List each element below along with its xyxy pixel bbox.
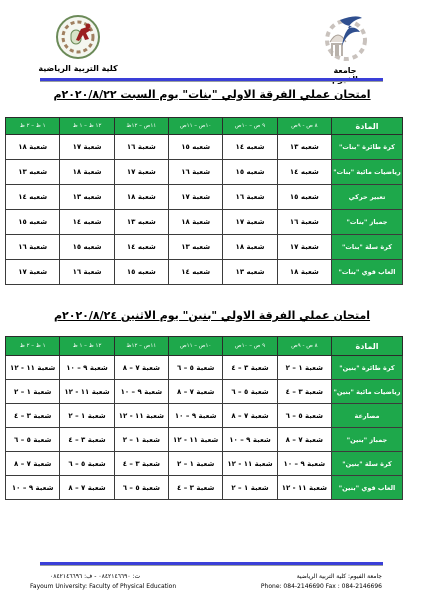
table-cell: شعبه ١٣ (277, 135, 331, 160)
table-cell: شعبة ٥ – ٦ (6, 428, 60, 452)
table-cell: شعبة ٣ – ٤ (277, 380, 331, 404)
table-cell: شعبة ١٨ (114, 185, 168, 210)
table-cell: شعبة ١٨ (60, 160, 114, 185)
column-header: ١٢ ظ – ١ ظ (60, 337, 114, 356)
table-cell: شعبة ٧ – ٨ (60, 476, 114, 500)
faculty-logo (55, 14, 101, 60)
subject-cell: كرة طائرة "بنين" (332, 356, 403, 380)
table-cell: شعبه ١٤ (60, 210, 114, 235)
column-header: ١١ص – ١٢ظ (114, 337, 168, 356)
subject-cell: العاب قوي "بنين" (332, 476, 403, 500)
table-row: كرة طائرة "بنين" شعبة ١ – ٢ شعبة ٣ – ٤ ش… (6, 356, 403, 380)
table-cell: شعبة ١ – ٢ (277, 356, 331, 380)
footer-phone-arabic: ت: ٠٨٤٢١٤٦٦٩٠ - ف: ٠٨٤٢١٤٦٦٩٦ (50, 573, 140, 580)
table-row: مصارعة شعبة ٥ – ٦ شعبة ٧ – ٨ شعبة ٩ – ١٠… (6, 404, 403, 428)
table-cell: شعبة ١٧ (114, 160, 168, 185)
table-cell: شعبة ٥ – ٦ (277, 404, 331, 428)
column-header: ١ ظ – ٢ ظ (6, 118, 60, 135)
table-cell: شعبة ٥ – ٦ (114, 476, 168, 500)
table-row: كرة سلة "بنات" شعبة ١٧ شعبة ١٨ شعبه ١٣ ش… (6, 235, 403, 260)
table-cell: شعبة ٥ – ٦ (169, 356, 223, 380)
university-caption: جامعة الفيوم (320, 66, 370, 84)
column-header: ١٠ص – ١١ص (169, 337, 223, 356)
table-cell: شعبة ١٦ (114, 135, 168, 160)
table-cell: شعبة ١ – ٢ (169, 452, 223, 476)
table-row: كرة طائرة "بنات" شعبه ١٣ شعبه ١٤ شعبه ١٥… (6, 135, 403, 160)
table-row: كرة سلة "بنين" شعبة ٩ – ١٠ شعبة ١١ - ١٢ … (6, 452, 403, 476)
subject-cell: رياضيات مائية "بنين" (332, 380, 403, 404)
faculty-of-physical-education-logo-icon (55, 14, 101, 60)
table-cell: شعبه ١٥ (223, 160, 277, 185)
footer-university-english: Fayoum University: Faculty of Physical E… (30, 583, 176, 590)
table-cell: شعبه ١٤ (114, 235, 168, 260)
schedule-table-boys: المادة ٨ ص - ٩ص ٩ ص – ١٠ص ١٠ص – ١١ص ١١ص … (5, 336, 403, 500)
table-cell: شعبة ١١ - ١٢ (169, 428, 223, 452)
table-cell: شعبة ١٨ (169, 210, 223, 235)
table-cell: شعبة ٧ – ٨ (223, 404, 277, 428)
table-cell: شعبة ١٧ (60, 135, 114, 160)
table-cell: شعبه ١٥ (6, 210, 60, 235)
table-cell: شعبه ١٤ (6, 185, 60, 210)
footer-phone-fax: Phone: 084-2146690 Fax : 084-2146696 (261, 583, 382, 590)
column-header: المادة (332, 118, 403, 135)
table-cell: شعبة ٥ – ٦ (223, 380, 277, 404)
university-logo (318, 12, 370, 62)
column-header: ٩ ص – ١٠ص (223, 337, 277, 356)
table-row: رياضيات مائية "بنين" شعبة ٣ – ٤ شعبة ٥ –… (6, 380, 403, 404)
table-cell: شعبه ١٣ (223, 260, 277, 285)
table-cell: شعبة ١٧ (6, 260, 60, 285)
column-header: ١٢ ظ – ١ ظ (60, 118, 114, 135)
table-cell: شعبة ٩ – ١٠ (277, 452, 331, 476)
table-cell: شعبة ١١ - ١٢ (277, 476, 331, 500)
column-header: ١ ظ – ٢ ظ (6, 337, 60, 356)
table-cell: شعبة ٧ – ٨ (6, 452, 60, 476)
table-cell: شعبة ٧ – ٨ (114, 356, 168, 380)
table-cell: شعبة ٣ – ٤ (60, 428, 114, 452)
table-cell: شعبه ١٣ (60, 185, 114, 210)
table-cell: شعبة ١١ - ١٢ (6, 356, 60, 380)
table-row: العاب قوي "بنين" شعبة ١١ - ١٢ شعبة ١ – ٢… (6, 476, 403, 500)
table-cell: شعبة ١٦ (6, 235, 60, 260)
table-row: رياضيات مائية "بنات" شعبه ١٤ شعبه ١٥ شعب… (6, 160, 403, 185)
table-cell: شعبه ١٣ (6, 160, 60, 185)
table-cell: شعبة ١١ - ١٢ (223, 452, 277, 476)
table-cell: شعبة ١٧ (169, 185, 223, 210)
table-cell: شعبة ١ – ٢ (60, 404, 114, 428)
table-cell: شعبة ١١ - ١٢ (114, 404, 168, 428)
table-title-girls: امتحان عملي الفرقة الاولي "بنات" يوم الس… (0, 88, 424, 101)
column-header: ٨ ص - ٩ص (277, 337, 331, 356)
subject-cell: العاب قوي "بنات" (332, 260, 403, 285)
column-header: ٩ ص – ١٠ص (223, 118, 277, 135)
subject-cell: رياضيات مائية "بنات" (332, 160, 403, 185)
schedule-table-girls: المادة ٨ ص - ٩ص ٩ ص – ١٠ص ١٠ص – ١١ص ١١ص … (5, 117, 403, 285)
footer-address-arabic: جامعة الفيوم: كلية التربية الرياضية (297, 573, 382, 580)
table-cell: شعبة ٣ – ٤ (223, 356, 277, 380)
table-row: جمباز "بنين" شعبة ٧ – ٨ شعبة ٩ – ١٠ شعبة… (6, 428, 403, 452)
table-cell: شعبه ١٤ (223, 135, 277, 160)
table-cell: شعبه ١٣ (114, 210, 168, 235)
subject-cell: جمباز "بنين" (332, 428, 403, 452)
table-cell: شعبة ١ – ٢ (6, 380, 60, 404)
table-cell: شعبة ١٦ (277, 210, 331, 235)
table-cell: شعبة ٣ – ٤ (169, 476, 223, 500)
column-header: ٨ ص - ٩ص (277, 118, 331, 135)
table-cell: شعبة ١ – ٢ (114, 428, 168, 452)
column-header: المادة (332, 337, 403, 356)
table-cell: شعبه ١٥ (169, 135, 223, 160)
column-header: ١١ص – ١٢ظ (114, 118, 168, 135)
subject-cell: كرة سلة "بنين" (332, 452, 403, 476)
table-cell: شعبة ٩ – ١٠ (223, 428, 277, 452)
faculty-caption: كلية التربية الرياضية (38, 64, 118, 73)
table-cell: شعبه ١٥ (60, 235, 114, 260)
table-cell: شعبة ٩ – ١٠ (60, 356, 114, 380)
table-cell: شعبه ١٣ (169, 235, 223, 260)
table-header-row: المادة ٨ ص - ٩ص ٩ ص – ١٠ص ١٠ص – ١١ص ١١ص … (6, 118, 403, 135)
table-cell: شعبة ٣ – ٤ (114, 452, 168, 476)
table-cell: شعبة ١١ - ١٢ (60, 380, 114, 404)
table-cell: شعبة ٩ – ١٠ (6, 476, 60, 500)
table-cell: شعبة ١٦ (60, 260, 114, 285)
table-cell: شعبة ١٨ (277, 260, 331, 285)
table-row: تعبير حركي شعبه ١٥ شعبة ١٦ شعبة ١٧ شعبة … (6, 185, 403, 210)
footer-divider (40, 562, 383, 565)
subject-cell: مصارعة (332, 404, 403, 428)
subject-cell: تعبير حركي (332, 185, 403, 210)
table-cell: شعبة ١٦ (223, 185, 277, 210)
table-cell: شعبة ١٧ (277, 235, 331, 260)
table-cell: شعبة ٩ – ١٠ (114, 380, 168, 404)
table-row: العاب قوي "بنات" شعبة ١٨ شعبه ١٣ شعبه ١٤… (6, 260, 403, 285)
table-header-row: المادة ٨ ص - ٩ص ٩ ص – ١٠ص ١٠ص – ١١ص ١١ص … (6, 337, 403, 356)
fayoum-university-logo-icon (318, 12, 370, 62)
table-cell: شعبة ١ – ٢ (223, 476, 277, 500)
table-cell: شعبه ١٤ (277, 160, 331, 185)
header-divider (40, 78, 383, 81)
column-header: ١٠ص – ١١ص (169, 118, 223, 135)
table-cell: شعبة ٧ – ٨ (277, 428, 331, 452)
table-cell: شعبة ٩ – ١٠ (169, 404, 223, 428)
subject-cell: جمباز "بنات" (332, 210, 403, 235)
table-cell: شعبة ٣ – ٤ (6, 404, 60, 428)
table-cell: شعبه ١٤ (169, 260, 223, 285)
table-cell: شعبة ١٦ (169, 160, 223, 185)
table-cell: شعبه ١٥ (277, 185, 331, 210)
subject-cell: كرة سلة "بنات" (332, 235, 403, 260)
table-cell: شعبة ١٨ (223, 235, 277, 260)
subject-cell: كرة طائرة "بنات" (332, 135, 403, 160)
table-title-boys: امتحان عملي الفرقة الاولي "بنين" يوم الا… (0, 309, 424, 322)
table-cell: شعبة ٥ – ٦ (60, 452, 114, 476)
table-cell: شعبة ١٨ (6, 135, 60, 160)
table-cell: شعبة ١٧ (223, 210, 277, 235)
table-cell: شعبه ١٥ (114, 260, 168, 285)
table-cell: شعبة ٧ – ٨ (169, 380, 223, 404)
table-row: جمباز "بنات" شعبة ١٦ شعبة ١٧ شعبة ١٨ شعب… (6, 210, 403, 235)
